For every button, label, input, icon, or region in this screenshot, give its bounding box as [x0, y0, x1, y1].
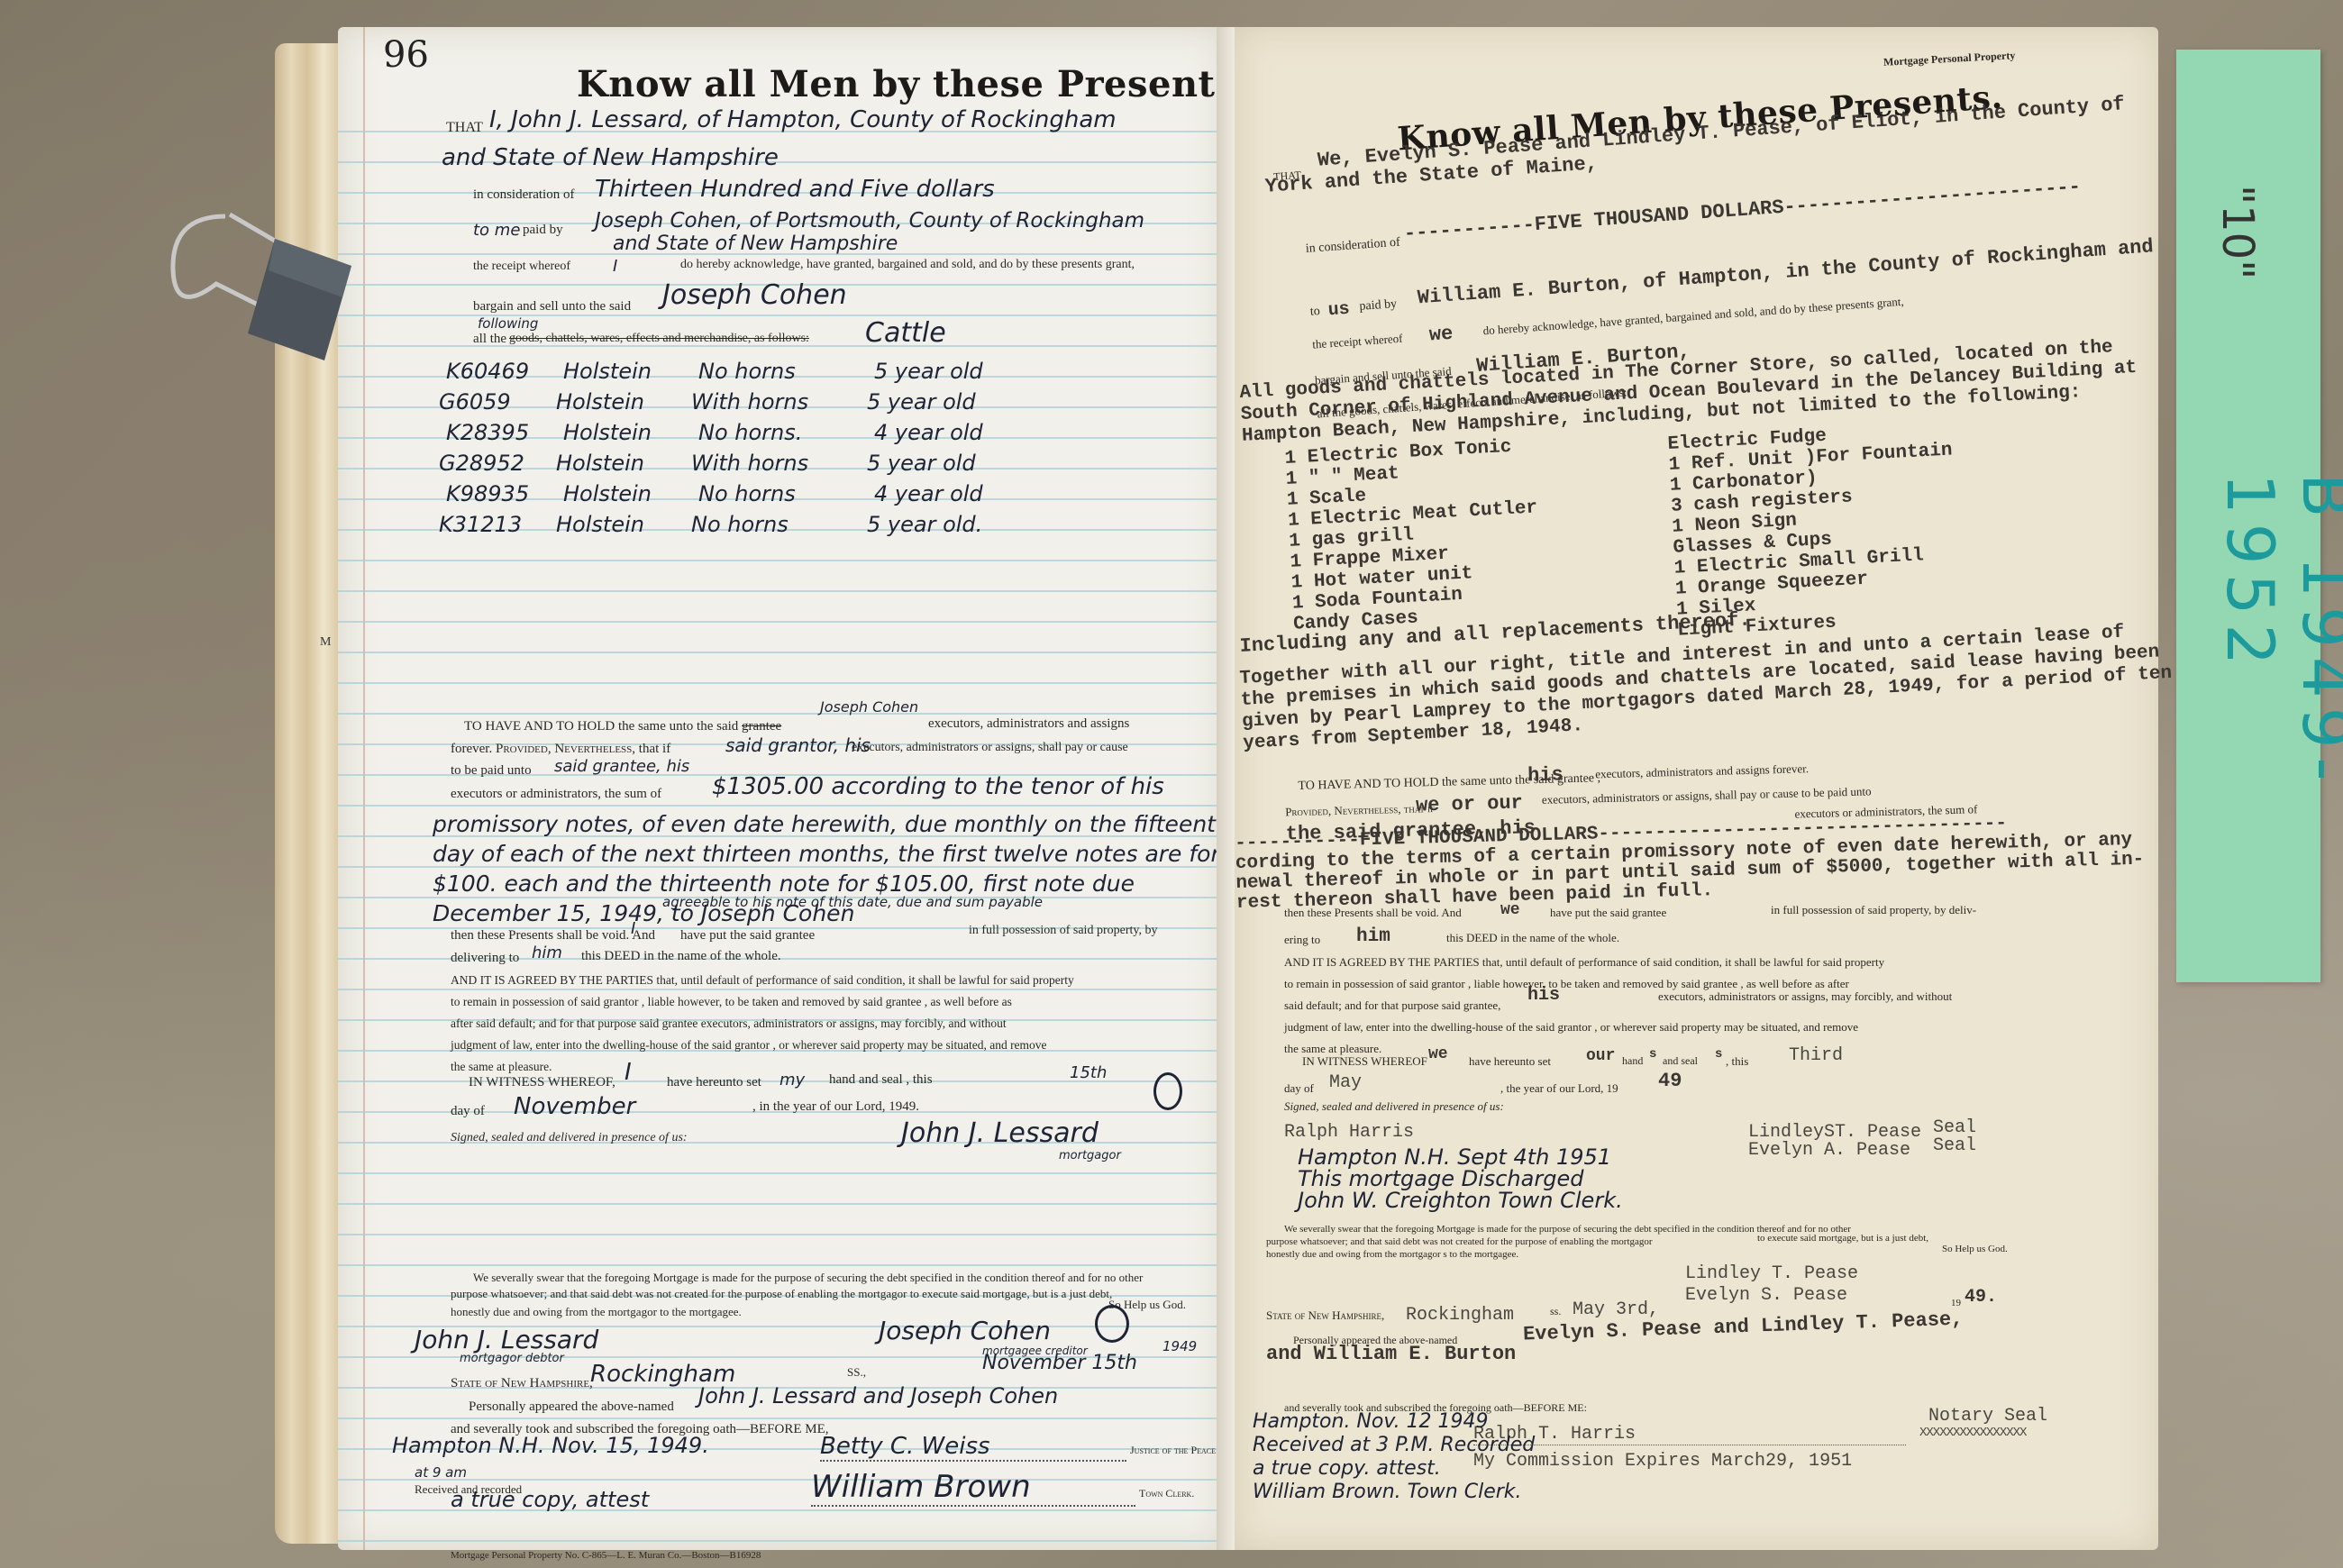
ruled-line — [338, 315, 1226, 316]
witness-hand-my: my — [779, 1071, 805, 1089]
cattle-row: G6059HolsteinWith horns5 year old — [439, 389, 1047, 415]
receipt-text: do hereby acknowledge, have granted, bar… — [680, 258, 1135, 272]
ruled-line — [338, 590, 1226, 592]
text-line: Hampton. Nov. 12 1949 — [1253, 1410, 1489, 1433]
cattle-breed: Holstein — [563, 481, 698, 506]
witness-label: IN WITNESS WHEREOF — [1302, 1054, 1427, 1069]
note-above-insert: agreeable to his note of this date, due … — [662, 894, 1043, 910]
hold-line-4-hand: $1305.00 according to the tenor of his — [712, 773, 1164, 800]
form-label: Mortgage Personal Property — [1883, 49, 2016, 69]
ss-label: SS., — [847, 1365, 866, 1380]
ruled-line — [338, 989, 1226, 990]
right-page: Mortgage Personal Property Know all Men … — [1235, 27, 2158, 1550]
witness-s1: s — [1649, 1047, 1656, 1062]
mortgagor-signature: John J. Lessard — [901, 1117, 1099, 1149]
right-void-block: then these Presents shall be void. And w… — [1284, 906, 2113, 960]
following-insert: following — [478, 315, 538, 332]
paid-us: us — [1327, 299, 1351, 322]
goods-struck-text: goods, chattels, wares, effects and merc… — [509, 332, 809, 346]
witness-we: we — [1428, 1045, 1448, 1063]
hold-line-3-hand: said grantee, his — [554, 757, 689, 776]
cattle-id: K31213 — [439, 512, 556, 537]
ruled-line — [338, 652, 1226, 653]
cattle-breed: Holstein — [556, 389, 691, 415]
signature-role: mortgagor — [1059, 1149, 1121, 1162]
ruled-line — [338, 713, 1226, 715]
cattle-horns: No horns — [698, 481, 874, 506]
hold-line-2-end: executors, administrators or assigns, sh… — [852, 741, 1128, 755]
year-label: , the year of our Lord, 19 — [1500, 1081, 1618, 1096]
text-line: judgment of law, enter into the dwelling… — [451, 1038, 1047, 1053]
page-number: 96 — [383, 34, 429, 76]
page-heading: Know all Men by these Presents. — [577, 63, 1249, 105]
seal-stamp — [1153, 1072, 1182, 1110]
witness-label: IN WITNESS WHEREOF, — [469, 1075, 615, 1090]
paid-by-value: Joseph Cohen, of Portsmouth, County of R… — [595, 209, 1144, 232]
text-line: day of each of the next thirteen months,… — [433, 841, 1220, 867]
paid-by-prefix: to me — [473, 221, 520, 240]
consideration-label: in consideration of — [473, 187, 574, 203]
ruled-line — [338, 1203, 1226, 1205]
hold-line-1-typed: his — [1527, 763, 1564, 787]
witness-label-c: hand and seal , this — [829, 1072, 933, 1088]
ruled-line — [338, 1234, 1226, 1235]
text-line: judgment of law, enter into the dwelling… — [1284, 1020, 1858, 1035]
receipt-label: the receipt whereof — [473, 260, 570, 274]
paid-by-value: William E. Burton, of Hampton, in the Co… — [1417, 235, 2154, 309]
seal-2: Seal — [1933, 1135, 1976, 1156]
notary-x-strike: XXXXXXXXXXXXXXXX — [1919, 1426, 2026, 1440]
appeared-typed-2: and William E. Burton — [1266, 1343, 1516, 1365]
void-line-b: have put the said grantee — [680, 928, 815, 944]
oath-date-hand: November 15th — [982, 1352, 1137, 1374]
text-line: $100. each and the thirteenth note for $… — [433, 871, 1135, 897]
void-line: then these Presents shall be void. And — [1284, 906, 1462, 920]
text-line: to remain in possession of said grantor … — [451, 995, 1012, 1009]
cattle-age: 5 year old — [874, 359, 1054, 384]
ruled-line — [338, 1172, 1226, 1174]
deliver-text: this DEED in the name of the whole. — [1446, 931, 1619, 945]
witness-day: 15th — [1070, 1063, 1107, 1082]
deliver-hand: him — [532, 944, 562, 962]
cattle-id: K28395 — [446, 420, 563, 445]
cattle-horns: With horns — [691, 389, 867, 415]
witness-seal-label: and seal — [1663, 1054, 1698, 1068]
ruled-line — [338, 621, 1226, 623]
receipt-text: do hereby acknowledge, have granted, bar… — [1482, 295, 1904, 339]
void-line-c: in full possession of said property, by … — [1771, 903, 1976, 917]
witness-label-b: have hereunto set — [667, 1075, 761, 1090]
receipt-label: the receipt whereof — [1312, 332, 1403, 352]
oath-text-2: purpose whatsoever; and that said debt w… — [451, 1287, 1112, 1301]
index-tab: "10" B 1949-1952 — [2176, 50, 2320, 982]
hold-line-4: executors or administrators, the sum of — [451, 787, 661, 802]
ruled-line — [338, 1264, 1226, 1266]
cattle-id: G6059 — [439, 389, 556, 415]
oath-signature-left: John J. Lessard — [415, 1325, 598, 1354]
hold-grantee-insert: Joseph Cohen — [820, 698, 918, 716]
cattle-id: K98935 — [446, 481, 563, 506]
ruled-line — [338, 805, 1226, 807]
cattle-row: K31213HolsteinNo horns5 year old. — [439, 512, 1047, 537]
oath-text-3: honestly due and owing from the mortgago… — [451, 1305, 742, 1319]
state-label: State of New Hampshire, — [1266, 1308, 1384, 1323]
appeared-hand: John J. Lessard and Joseph Cohen — [698, 1383, 1058, 1408]
consideration-value: -----------FIVE THOUSAND DOLLARS--------… — [1403, 176, 2081, 245]
margin-mark: M — [320, 635, 331, 650]
hold-line-2: forever. Provided, Nevertheless, that if — [451, 742, 670, 757]
cattle-age: 5 year old — [867, 389, 1047, 415]
witness-label-b: have hereunto set — [1469, 1054, 1551, 1069]
cattle-horns: No horns — [691, 512, 867, 537]
oath-text-1: We severally swear that the foregoing Mo… — [473, 1271, 1143, 1285]
hold-line-1: TO HAVE AND TO HOLD the same unto the sa… — [464, 719, 781, 734]
cattle-age: 4 year old — [874, 481, 1054, 506]
hold-line-3: to be paid unto — [451, 763, 532, 779]
witness-name: Ralph Harris — [1284, 1122, 1414, 1143]
text-line: said default; and for that purpose said … — [1284, 998, 1500, 1013]
oath-text-2b: to execute said mortgage, but is a just … — [1757, 1233, 1928, 1244]
goods-value: Cattle — [865, 317, 946, 349]
cattle-horns: No horns — [698, 359, 874, 384]
witness-hand-we: I — [624, 1059, 632, 1086]
cattle-id: K60469 — [446, 359, 563, 384]
cattle-row: K98935HolsteinNo horns4 year old — [446, 481, 1054, 506]
hold-line-2-end: executors, administrators or assigns, sh… — [1542, 784, 1872, 807]
hold-line-2-hand: said grantor, his — [725, 734, 871, 756]
text-line: a true copy. attest. — [1253, 1457, 1441, 1480]
void-line: then these Presents shall be void. And — [451, 928, 655, 944]
binder-clip-icon — [162, 189, 369, 369]
oath-signer-1: Lindley T. Pease — [1685, 1263, 1858, 1284]
time-hand: at 9 am — [415, 1464, 467, 1481]
cattle-age: 5 year old. — [867, 512, 1047, 537]
day-of-label: day of — [1284, 1081, 1314, 1096]
oath-signature-left-role: mortgagor debtor — [460, 1352, 564, 1365]
deliver-label: ering to — [1284, 933, 1320, 947]
seal-stamp-2 — [1095, 1305, 1129, 1343]
void-line-b: have put the said grantee — [1550, 906, 1666, 920]
void-typed: we — [1500, 901, 1520, 919]
witness-hand-label: hand — [1622, 1054, 1643, 1068]
text-line: Received at 3 P.M. Recorded — [1253, 1434, 1535, 1456]
hold-line-1-end: executors, administrators and assigns — [928, 716, 1129, 732]
paid-to-label: to — [1309, 305, 1320, 320]
deliver-text: this DEED in the name of the whole. — [581, 949, 781, 964]
receipt-value: we — [1428, 323, 1454, 347]
ruled-line — [338, 1418, 1226, 1419]
cattle-breed: Holstein — [563, 359, 698, 384]
so-help-text: So Help us God. — [1942, 1244, 2008, 1254]
bargain-value: Joseph Cohen — [662, 279, 847, 311]
void-hand: I — [631, 919, 635, 938]
paid-by-value-2: and State of New Hampshire — [613, 232, 898, 255]
text-line: John W. Creighton Town Clerk. — [1298, 1188, 1623, 1213]
form-footer: Mortgage Personal Property No. C-865—L. … — [451, 1550, 761, 1561]
all-the-label: all the — [473, 332, 506, 347]
that-label: THAT — [446, 120, 483, 136]
oath-text-3: honestly due and owing from the mortgago… — [1266, 1249, 1518, 1260]
witness-month: November — [514, 1093, 635, 1120]
oath-year-hand: 1949 — [1162, 1338, 1197, 1354]
justice-signature-line: Betty C. Weiss Justice of the Peace. — [820, 1433, 1218, 1462]
signed-label: Signed, sealed and delivered in presence… — [1284, 1099, 1504, 1114]
receipt-value: I — [613, 257, 617, 276]
tab-volume-label: "10" — [2212, 185, 2263, 279]
oath-year-prefix: 19 — [1951, 1298, 1961, 1308]
text-line: William Brown. Town Clerk. — [1253, 1481, 1522, 1503]
grantor-line-2: and State of New Hampshire — [442, 144, 779, 171]
year-label: , in the year of our Lord, 1949. — [752, 1099, 919, 1115]
witness-this-label: , this — [1726, 1054, 1748, 1069]
tab-date-range-label: B 1949-1952 — [2212, 473, 2343, 982]
justice-signature: Betty C. Weiss — [820, 1433, 1126, 1462]
consideration-value: Thirteen Hundred and Five dollars — [595, 176, 995, 203]
text-line: the same at pleasure. — [451, 1060, 552, 1074]
oath-county: Rockingham — [1406, 1305, 1514, 1326]
cattle-horns: With horns — [691, 451, 867, 476]
ruled-line — [338, 1540, 1226, 1542]
agreed-his-typed: his — [1527, 985, 1560, 1006]
attest-hand: a true copy, attest — [451, 1487, 649, 1512]
cattle-id: G28952 — [439, 451, 556, 476]
cattle-breed: Holstein — [556, 512, 691, 537]
consideration-label: in consideration of — [1305, 236, 1400, 257]
text-line: AND IT IS AGREED BY THE PARTIES that, un… — [451, 973, 1074, 988]
cattle-breed: Holstein — [556, 451, 691, 476]
oath-signer-2: Evelyn S. Pease — [1685, 1285, 1847, 1306]
oath-signature-right: Joseph Cohen — [879, 1316, 1051, 1345]
bargain-label: bargain and sell unto the said — [473, 299, 631, 315]
witness-year: 49 — [1658, 1070, 1682, 1092]
cattle-row: K28395HolsteinNo horns.4 year old — [446, 420, 1054, 445]
notary-name: Ralph T. Harris — [1473, 1424, 1906, 1445]
agreed-line-3-end: executors, administrators or assigns, ma… — [1658, 989, 1952, 1004]
grantor-line-1: I, John J. Lessard, of Hampton, County o… — [489, 106, 1117, 133]
oath-text-2: purpose whatsoever; and that said debt w… — [1266, 1236, 1653, 1247]
cattle-row: K60469HolsteinNo horns5 year old — [446, 359, 1054, 384]
void-line-c: in full possession of said property, by — [969, 924, 1157, 938]
hold-line-2-typed: we or our — [1416, 791, 1523, 816]
left-page: 96 Know all Men by these Presents. THAT … — [338, 27, 1226, 1550]
cattle-breed: Holstein — [563, 420, 698, 445]
witness-our: our — [1586, 1047, 1615, 1065]
paid-by-label: paid by — [1359, 297, 1398, 315]
hold-line-2: Provided, Nevertheless, that if — [1285, 801, 1435, 819]
cattle-horns: No horns. — [698, 420, 874, 445]
deliver-typed: him — [1356, 926, 1390, 947]
text-line: after said default; and for that purpose… — [451, 1016, 1007, 1031]
ruled-line — [338, 560, 1226, 561]
oath-year: 49. — [1965, 1287, 1997, 1308]
cattle-row: G28952HolsteinWith horns5 year old — [439, 451, 1047, 476]
cattle-age: 5 year old — [867, 451, 1047, 476]
state-label: State of New Hampshire, — [451, 1376, 593, 1391]
appeared-label: Personally appeared the above-named — [469, 1399, 674, 1415]
notary-seal-label: Notary Seal — [1928, 1406, 2047, 1427]
hold-line-1-end: executors, administrators and assigns fo… — [1595, 761, 1809, 781]
signer-2: Evelyn A. Pease — [1748, 1140, 1910, 1161]
deliver-label: delivering to — [451, 951, 519, 966]
paid-by-label: paid by — [523, 223, 563, 238]
clerk-signature-line: William Brown Town Clerk. — [811, 1469, 1194, 1507]
day-of-label: day of — [451, 1104, 485, 1119]
witness-day: Third — [1789, 1045, 1843, 1066]
text-line: AND IT IS AGREED BY THE PARTIES that, un… — [1284, 955, 1884, 970]
justice-label: Justice of the Peace. — [1130, 1444, 1218, 1456]
ruled-line — [338, 682, 1226, 684]
clerk-label: Town Clerk. — [1139, 1487, 1194, 1500]
text-line: promissory notes, of even date herewith,… — [433, 811, 1230, 837]
cattle-age: 4 year old — [874, 420, 1054, 445]
place-date-hand: Hampton N.H. Nov. 15, 1949. — [392, 1433, 709, 1458]
clerk-signature: William Brown — [811, 1469, 1135, 1507]
witness-month: May — [1329, 1072, 1362, 1093]
oath-date: May 3rd, — [1573, 1299, 1659, 1320]
signed-label: Signed, sealed and delivered in presence… — [451, 1131, 688, 1145]
ss-label: ss. — [1550, 1305, 1561, 1318]
witness-s2: s — [1715, 1047, 1722, 1062]
